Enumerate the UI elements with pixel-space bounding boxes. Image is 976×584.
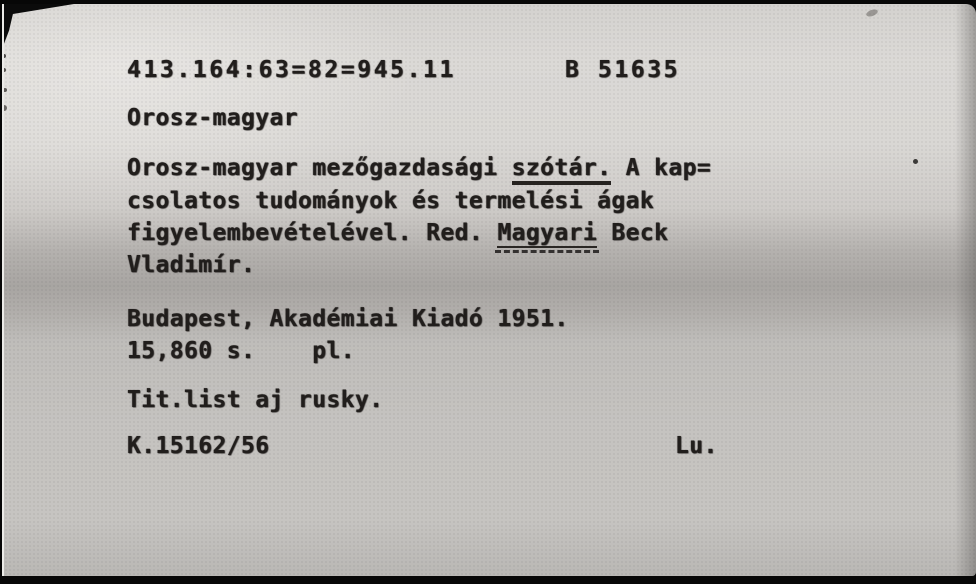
subject-heading: Orosz-magyar [127,105,298,131]
title-line-1-text: Orosz-magyar mezőgazdasági [127,155,512,181]
title-line-2: csolatos tudományok és termelési ágak [127,188,654,214]
catalog-card: 413.164:63=82=945.11 B 51635 Orosz-magya… [2,4,976,576]
underlined-title-word: szótár. [512,155,612,185]
note-line: Tit.list aj rusky. [127,387,383,413]
title-line-1: Orosz-magyar mezőgazdasági szótár. A kap… [127,155,711,181]
dust-speck [913,159,918,164]
collation-line: 15,860 s. pl. [127,338,355,364]
left-edge-specks [2,54,6,58]
title-line-1-cont: A kap= [611,155,711,181]
record-number: K.15162/56 [127,433,269,459]
call-number: 413.164:63=82=945.11 [127,57,456,83]
cataloguer-initials: Lu. [675,433,718,459]
underlined-editor-surname: Magyari [497,220,597,248]
shelf-mark: B 51635 [565,57,680,83]
title-line-3: figyelembevételével. Red. Magyari Beck [127,220,668,246]
editor-statement: figyelembevételével. Red. [127,220,497,246]
title-line-4: Vladimír. [127,252,255,278]
typewritten-text-layer: 413.164:63=82=945.11 B 51635 Orosz-magya… [4,4,976,576]
imprint-line: Budapest, Akadémiai Kiadó 1951. [127,306,569,332]
editor-name-cont: Beck [597,220,668,246]
